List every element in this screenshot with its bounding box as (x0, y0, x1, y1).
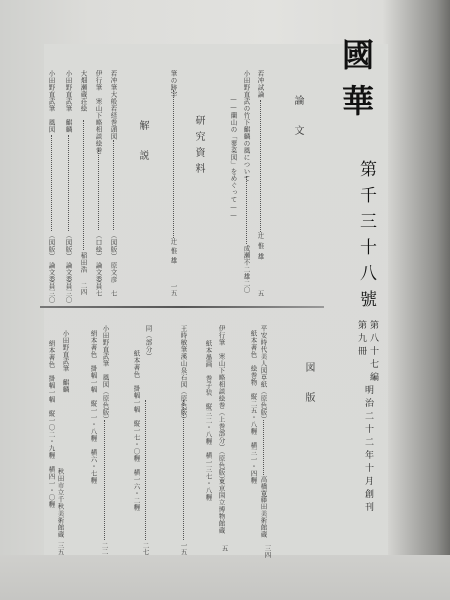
plate-page: 五 (221, 545, 228, 552)
entry-page: 七 (95, 290, 102, 297)
entry-title[interactable]: 小田野直武の竹下麒麟の風について (243, 70, 250, 182)
plate-page: 二七 (142, 542, 149, 555)
section-plates: 図版 (303, 362, 313, 422)
plate-detail: 紙本墨画 巻子装 縦三二・八糎 横一三七・八糎 (205, 340, 212, 501)
entry-page: 三〇 (48, 290, 55, 303)
plate-detail: 絹本著色 掛幅一幅 縦一一・八糎 横六・七糎 (90, 330, 97, 484)
entry-note: （口絵） (95, 232, 102, 260)
plate-owner: 秋田市立千秋美術館蔵 (57, 468, 64, 538)
entry-page: 二〇 (243, 280, 250, 293)
entry-title[interactable]: 伊行筆 寒山下略相談絵巻 (95, 70, 102, 154)
plate-author: 高橋寛 (260, 476, 267, 497)
plate-detail: 紙本著色 掛幅一幅 縦一七・〇糎 横一六・二糎 (133, 350, 140, 511)
entry-title[interactable]: 小田野直武筆 麒麟 (65, 70, 72, 133)
volume-number: 第八十七編 (368, 320, 377, 385)
section-commentary: 解説 (137, 120, 147, 180)
section-divider (40, 306, 324, 308)
plate-title[interactable]: 小田野直武筆 風図（原色版） (102, 325, 109, 423)
entry-author: 論文委員 (95, 262, 102, 290)
entry-author: 成瀬不二雄 (243, 245, 250, 280)
entry-title[interactable]: 小田野直武筆 風図 (48, 70, 55, 133)
plate-page: 二二 (101, 542, 108, 555)
entry-author: 辻惟雄 (257, 232, 264, 264)
magazine-title: 國華 (340, 38, 372, 130)
entry-author: 辻惟雄 (170, 238, 177, 267)
entry-author: 論文委員 (65, 262, 72, 290)
entry-page: 一五 (170, 283, 177, 296)
plate-owner: 藤田美術館蔵 (260, 496, 267, 538)
plate-title[interactable]: 伊行筆 寒山下略相談絵巻（上巻部分）（原色版） (218, 325, 225, 483)
entry-note: （図版） (48, 232, 55, 260)
entry-page: 五 (257, 290, 264, 297)
page-shadow (0, 555, 450, 600)
entry-page: 七 (110, 290, 117, 297)
plate-title[interactable]: 小田野直武筆 麒麟 (62, 330, 69, 393)
entry-author: 論文委員 (48, 262, 55, 290)
entry-subtitle: ——蘭山の「蓼菜図」をめぐって—— (230, 95, 237, 220)
plate-owner: 東京国立博物館蔵 (218, 478, 225, 534)
founded-date: 明治二十二年十月創刊 (363, 385, 372, 515)
entry-page: 三〇 (65, 290, 72, 303)
entry-title[interactable]: 若冲筆大般若経巻頭図 (110, 70, 117, 140)
plate-detail: 紙本著色 絵巻物 縦二五・八糎 横三一・四糎 (250, 330, 257, 484)
plate-page: 三四 (264, 545, 271, 558)
volume-book: 第九冊 (356, 320, 365, 359)
entry-title[interactable]: 若冲試論 (257, 70, 264, 98)
entry-author: 稲田浩 (80, 252, 87, 273)
issue-number: 第千三十八號 (357, 160, 374, 316)
plate-detail: 絹本著色 掛幅一幅 縦一〇二・九糎 横四一・〇糎 (48, 340, 55, 508)
entry-page: 二四 (80, 282, 87, 295)
plate-page: 一五 (180, 542, 187, 555)
plate-page: 三五 (57, 542, 64, 555)
entry-title[interactable]: 大畑瀬蔵荘絵 (80, 70, 87, 112)
section-research: 研究資料 (193, 115, 203, 179)
section-articles: 論文 (292, 95, 302, 155)
entry-note: （図版） (65, 232, 72, 260)
entry-note: （図版） (110, 232, 117, 260)
plate-title[interactable]: 平安時代美人図草紙（原色版） (260, 325, 267, 423)
entry-author: 原文彦 (110, 262, 117, 283)
plate-title[interactable]: 同（部分） (145, 325, 152, 360)
